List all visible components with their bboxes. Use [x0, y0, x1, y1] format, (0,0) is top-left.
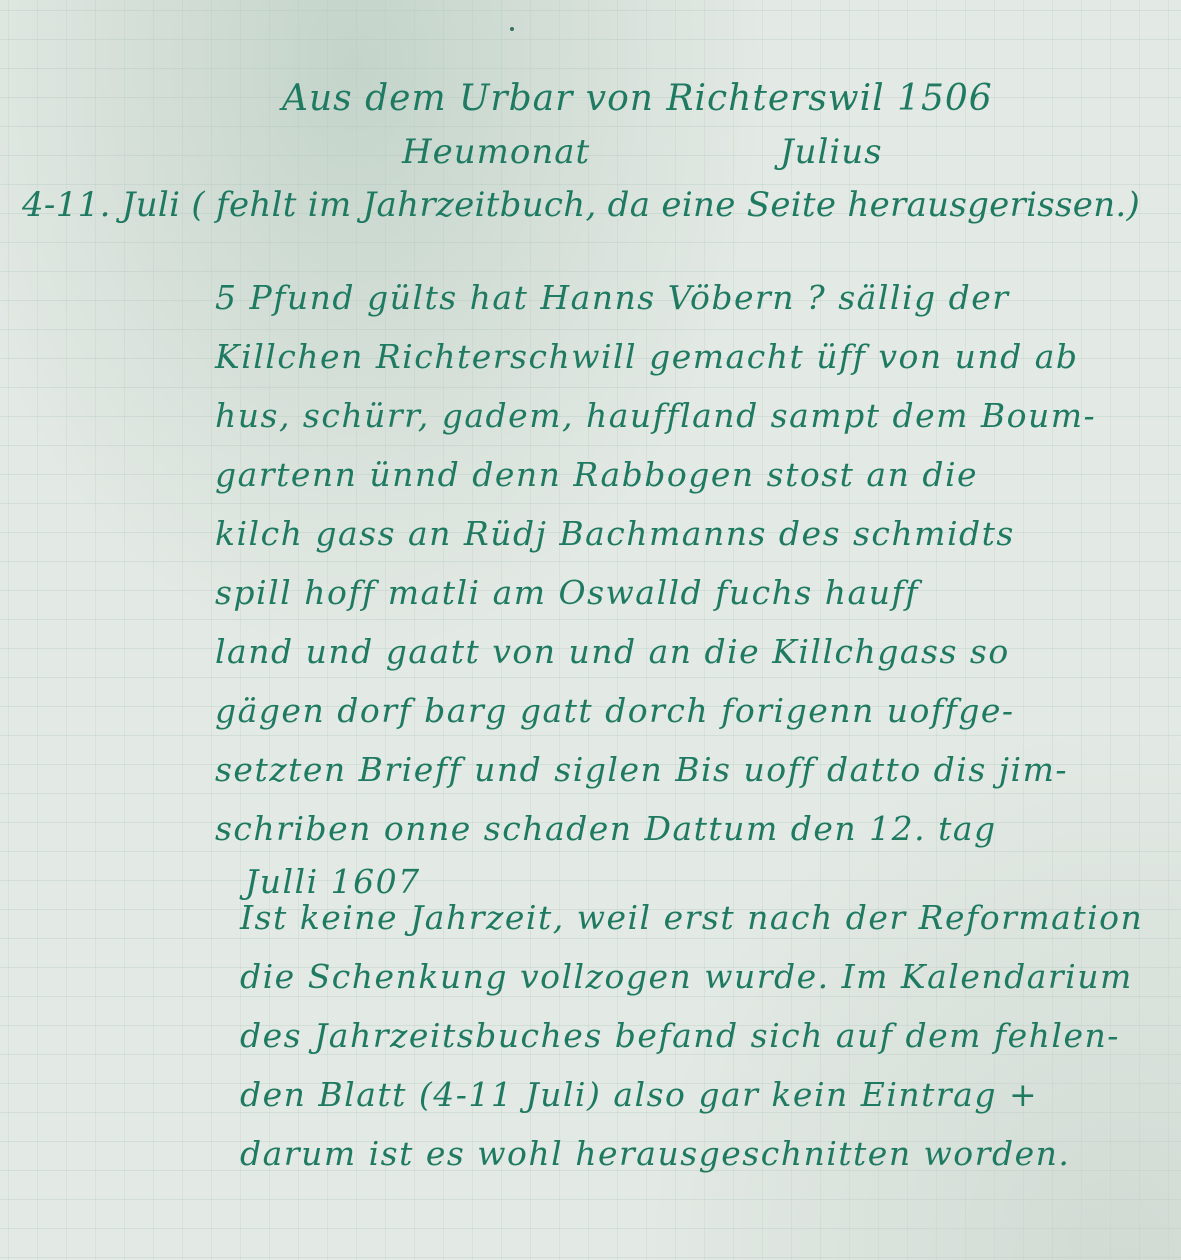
ink-dot: [510, 27, 514, 31]
handwritten-page: Aus dem Urbar von Richterswil 1506 Heumo…: [0, 0, 1181, 1260]
commentary-line: des Jahrzeitsbuches befand sich auf dem …: [240, 1016, 1120, 1055]
entry-line: schriben onne schaden Dattum den 12. tag: [215, 809, 997, 848]
commentary-line: die Schenkung vollzogen wurde. Im Kalend…: [240, 957, 1133, 996]
page-title: Aus dem Urbar von Richterswil 1506: [282, 78, 993, 119]
commentary-line: den Blatt (4-11 Juli) also gar kein Eint…: [240, 1075, 1038, 1114]
entry-line: Julli 1607: [245, 862, 421, 901]
entry-line: hus, schürr, gadem, hauffland sampt dem …: [215, 396, 1096, 435]
commentary-line: darum ist es wohl herausgeschnitten word…: [240, 1134, 1070, 1173]
commentary-line: Ist keine Jahrzeit, weil erst nach der R…: [240, 898, 1143, 937]
month-label-julius: Julius: [780, 132, 883, 172]
date-note: 4-11. Juli ( fehlt im Jahrzeitbuch, da e…: [22, 185, 1140, 225]
entry-line: gartenn ünnd denn Rabbogen stost an die: [215, 455, 978, 494]
entry-line: kilch gass an Rüdj Bachmanns des schmidt…: [215, 514, 1015, 553]
entry-line: 5 Pfund gülts hat Hanns Vöbern ? sällig …: [215, 278, 1010, 317]
entry-line: spill hoff matli am Oswalld fuchs hauff: [215, 573, 919, 612]
entry-line: land und gaatt von und an die Killchgass…: [215, 632, 1010, 671]
month-label-heumonat: Heumonat: [402, 132, 590, 172]
entry-line: setzten Brieff und siglen Bis uoff datto…: [215, 750, 1068, 789]
entry-line: gägen dorf barg gatt dorch forigenn uoff…: [215, 691, 1015, 730]
entry-line: Killchen Richterschwill gemacht üff von …: [215, 337, 1079, 376]
